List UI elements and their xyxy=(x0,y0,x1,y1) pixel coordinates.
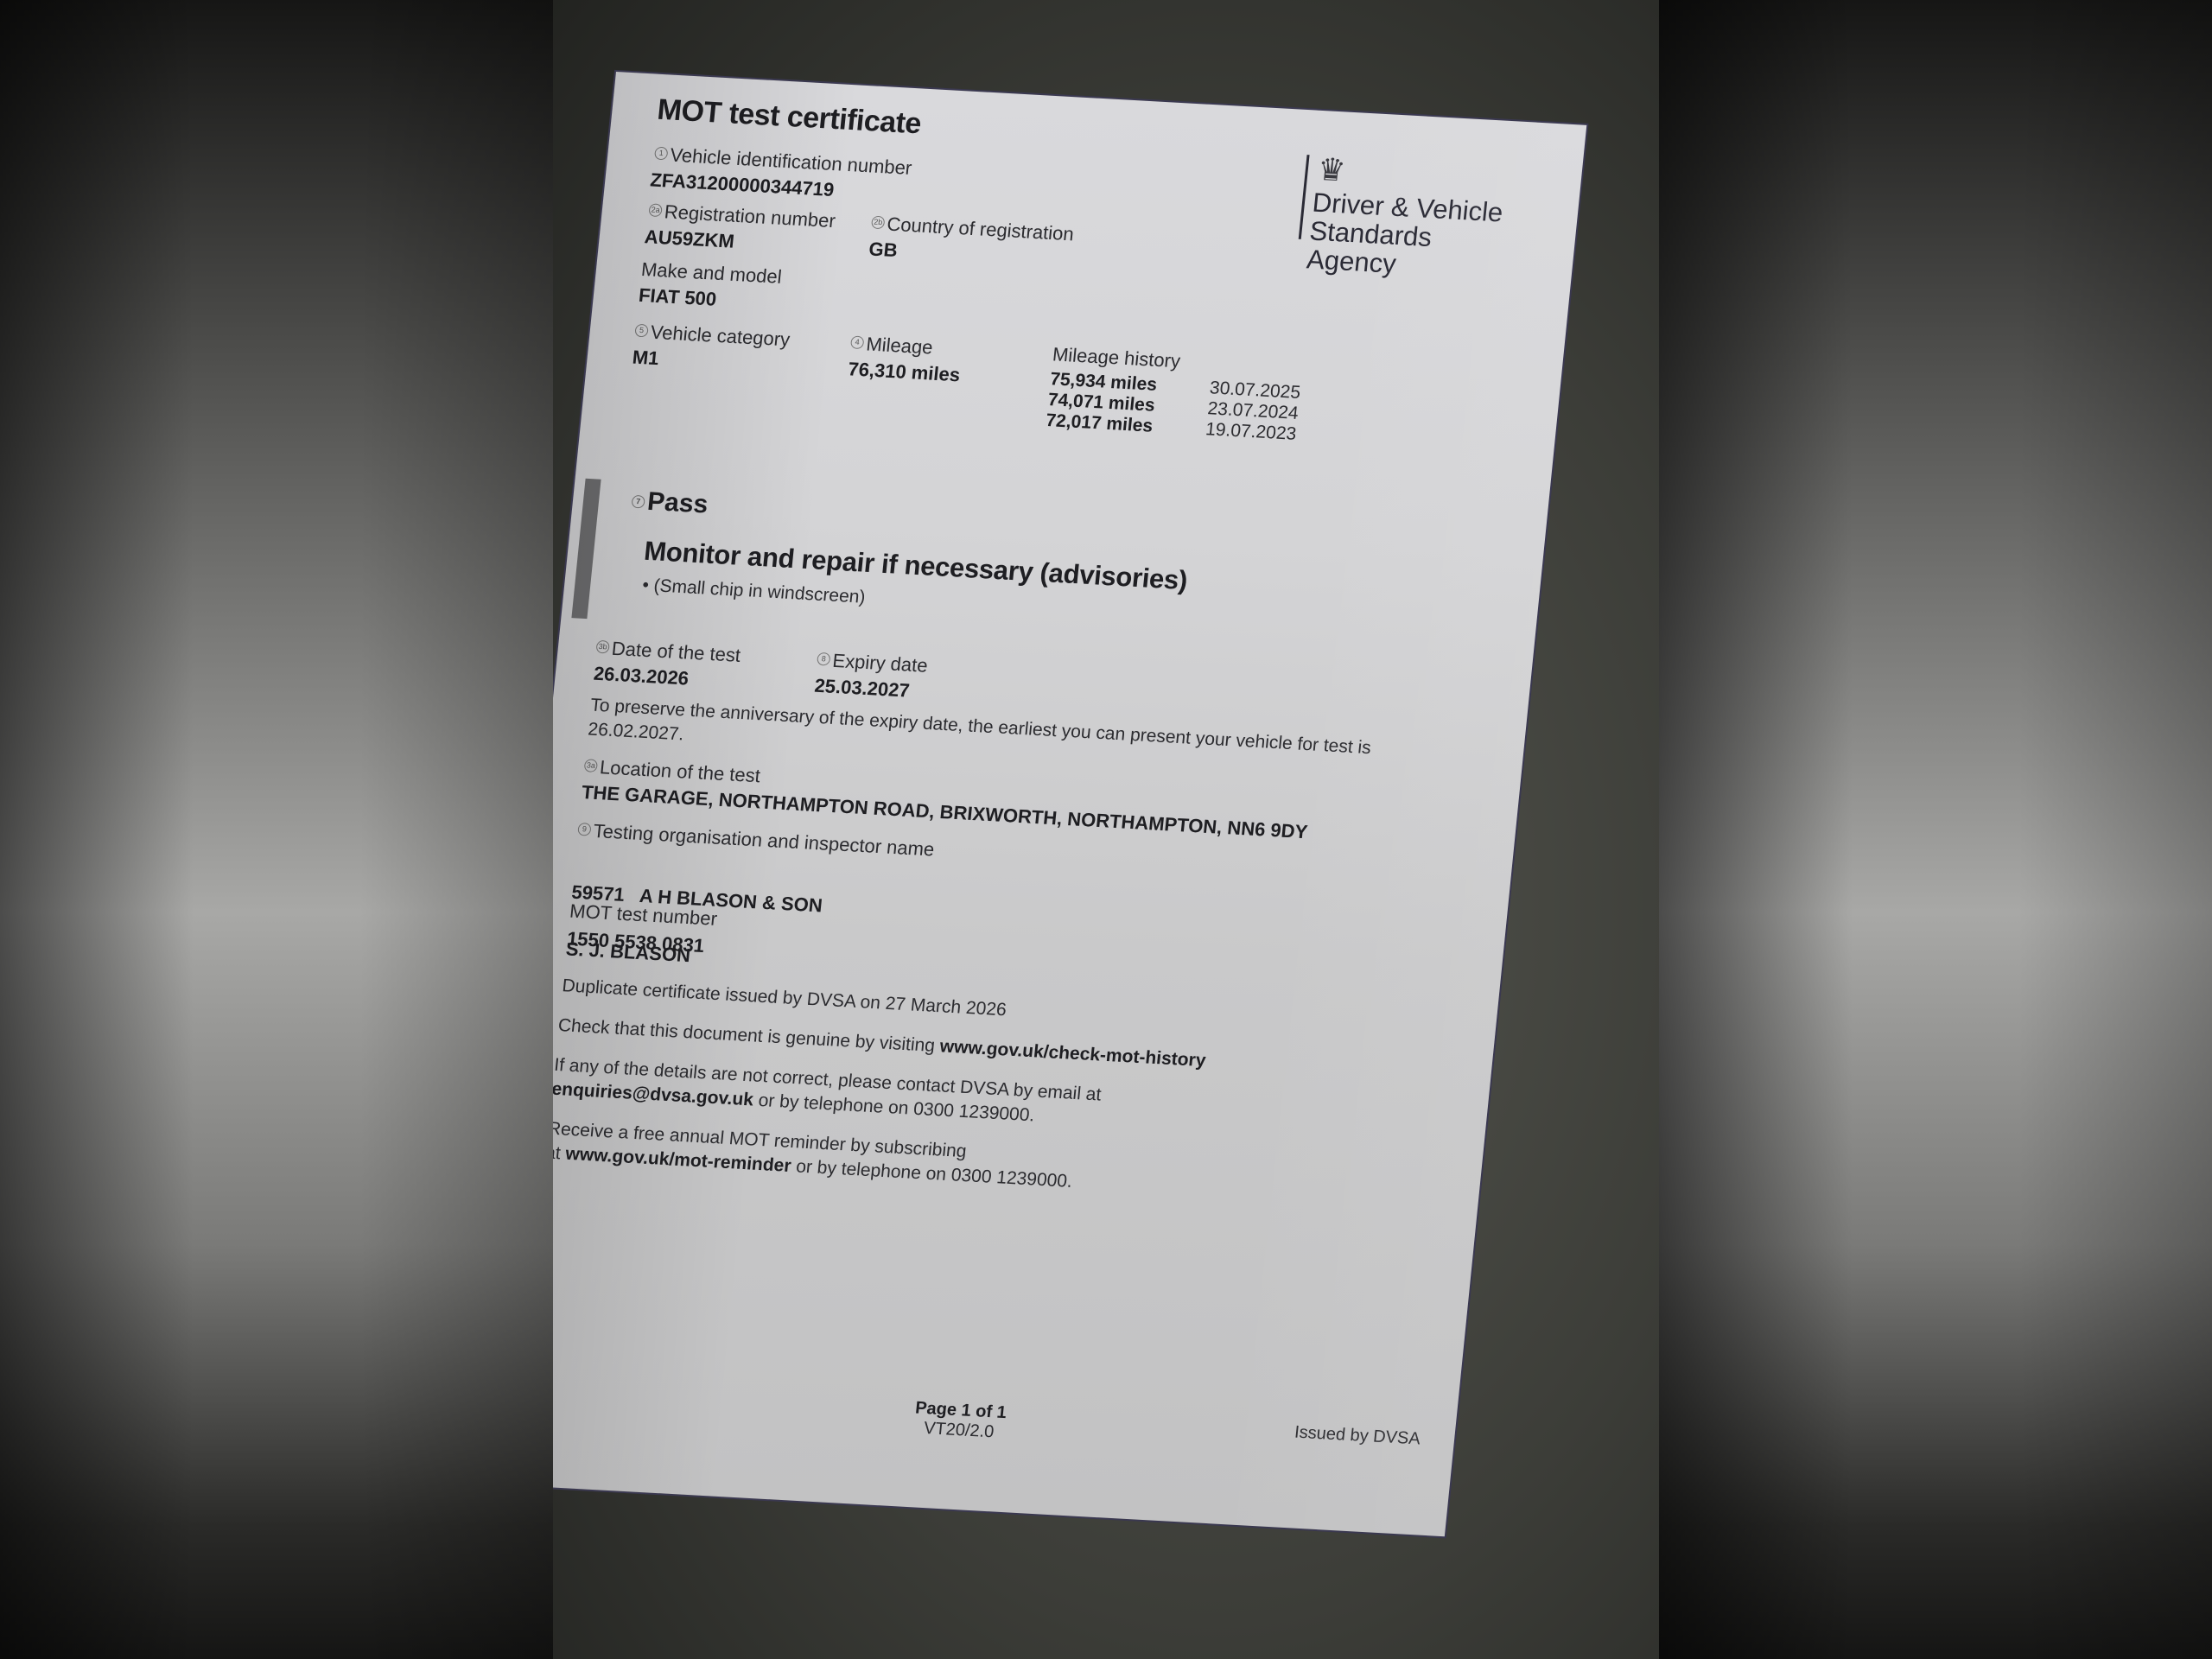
make-model-value: FIAT 500 xyxy=(638,284,718,311)
expiry-date-value: 25.03.2027 xyxy=(813,675,911,702)
mot-certificate-page: MOT test certificate ♛ Driver & Vehicle … xyxy=(553,72,1586,1536)
category-label: 5Vehicle category xyxy=(634,321,791,352)
agency-name: Driver & Vehicle Standards Agency xyxy=(1306,188,1504,284)
country-value: GB xyxy=(868,238,899,262)
mileage-history-label: Mileage history xyxy=(1052,343,1181,372)
registration-value: AU59ZKM xyxy=(644,226,735,253)
blurred-background-left xyxy=(0,0,553,1659)
result-status-bar xyxy=(571,479,601,619)
country-label: 2bCountry of registration xyxy=(870,213,1075,246)
form-code: VT20/2.0 xyxy=(912,1418,1006,1443)
document-title: MOT test certificate xyxy=(656,93,923,142)
test-date-value: 26.03.2026 xyxy=(593,663,690,690)
expiry-date-label: 8Expiry date xyxy=(816,649,928,677)
category-value: M1 xyxy=(632,346,660,371)
mileage-label: 4Mileage xyxy=(849,332,934,359)
advisory-item: • (Small chip in windscreen) xyxy=(641,575,866,608)
blurred-background-right xyxy=(1659,0,2212,1659)
royal-crest-icon: ♛ xyxy=(1316,154,1347,187)
logo-divider xyxy=(1299,155,1310,239)
mileage-history-table: 75,934 miles30.07.2025 74,071 miles23.07… xyxy=(1045,369,1301,445)
mileage-value: 76,310 miles xyxy=(847,358,961,386)
test-date-label: 3bDate of the test xyxy=(595,637,742,667)
result-status: 7Pass xyxy=(631,486,709,520)
make-model-label: Make and model xyxy=(640,258,783,289)
reminder-note: Receive a free annual MOT reminder by su… xyxy=(553,1117,1076,1194)
contact-note: If any of the details are not correct, p… xyxy=(553,1053,1103,1132)
check-mot-history-link[interactable]: www.gov.uk/check-mot-history xyxy=(939,1036,1207,1071)
issued-by: Issued by DVSA xyxy=(1294,1423,1421,1450)
page-footer: Page 1 of 1 VT20/2.0 xyxy=(912,1398,1007,1443)
photo-frame: MOT test certificate ♛ Driver & Vehicle … xyxy=(553,0,1659,1659)
